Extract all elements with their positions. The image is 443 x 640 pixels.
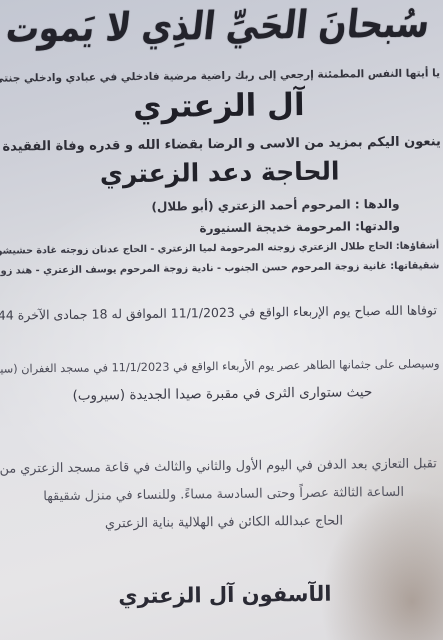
funeral-prayer-line: وسيصلى على جثمانها الطاهر عصر يوم الأربع… [0,357,440,376]
family-title: آل الزعتري [0,85,441,126]
brothers-line: أشقاؤها: الحاج طلال الزعتري زوجته المرحو… [0,240,439,259]
deceased-name: الحاجة دعد الزعتري [0,155,441,189]
burial-line: حيث ستوارى الثرى في مقبرة صيدا الجديدة (… [1,383,443,404]
sisters-line: شقيقاتها: غانية زوجة المرحوم حسن الجنوب … [0,260,439,278]
calligraphy-header: سُبحانَ الحَيِّ الذِي لا يَموت [0,0,442,51]
closing-signature: الآسفون آل الزعتري [3,580,443,609]
condolences-line-2: الساعة الثالثة عصراً وحتى السادسة مساءً.… [2,484,443,504]
obituary-paper: سُبحانَ الحَيِّ الذِي لا يَموت يا أيتها … [0,0,443,640]
condolences-line-1: تقبل التعازي بعد الدفن في اليوم الأول وا… [0,456,437,476]
death-date-line: توفاها الله صباح يوم الإربعاء الواقع في … [0,302,437,323]
quran-verse: يا أيتها النفس المطمئنة إرجعي إلى ربك را… [0,67,440,84]
obituary-photo: سُبحانَ الحَيِّ الذِي لا يَموت يا أيتها … [0,0,443,640]
mother-line: والدتها: المرحومة خديجة السنيورة [199,219,400,235]
condolences-line-3: الحاج عبدالله الكائن في الهلالية بناية ا… [2,512,443,532]
announcement-line: ينعون اليكم بمزيد من الاسى و الرضا بقضاء… [0,134,441,154]
father-line: والدها : المرحوم أحمد الزعتري (أبو طلال) [151,197,399,214]
